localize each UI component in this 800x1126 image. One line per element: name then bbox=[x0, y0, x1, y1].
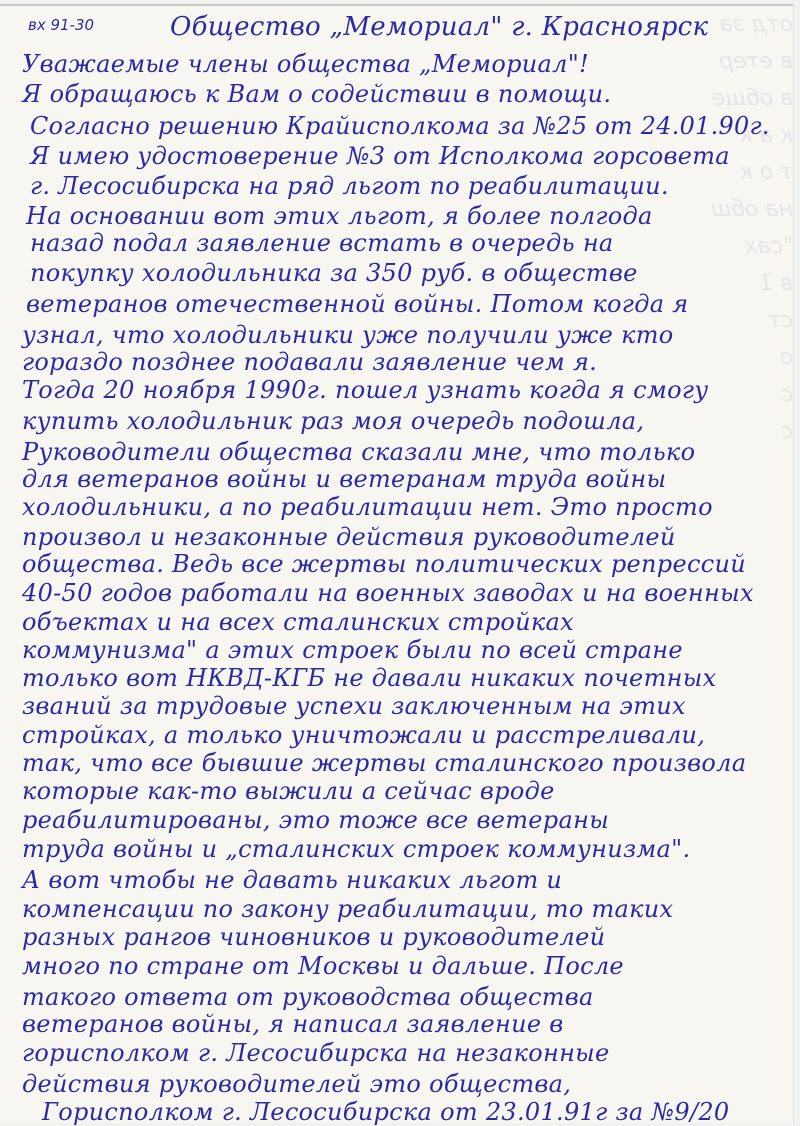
letter-line: много по стране от Москвы и дальше. Посл… bbox=[22, 952, 624, 980]
letter-line: ветеранов отечественной войны. Потом ког… bbox=[26, 290, 688, 318]
letter-line: разных рангов чиновников и руководителей bbox=[22, 923, 605, 951]
letter-line: А вот чтобы не давать никаких льгот и bbox=[22, 866, 562, 894]
letter-line: холодильники, а по реабилитации нет. Это… bbox=[22, 493, 713, 521]
letter-line: гораздо позднее подавали заявление чем я… bbox=[22, 348, 597, 376]
letter-line: которые как-то выжили а сейчас вроде bbox=[22, 777, 555, 805]
letter-line: назад подал заявление встать в очередь н… bbox=[30, 229, 614, 257]
letter-line: такого ответа от руководства общества bbox=[22, 983, 594, 1011]
letter-line: общества. Ведь все жертвы политических р… bbox=[22, 550, 746, 578]
letter-line: купить холодильник раз моя очередь подош… bbox=[22, 407, 644, 435]
letter-line: узнал, что холодильники уже получили уже… bbox=[22, 321, 674, 349]
letter-line: Руководители общества сказали мне, что т… bbox=[22, 438, 695, 466]
letter-line: Я имею удостоверение №3 от Исполкома гор… bbox=[30, 142, 730, 170]
letter-line: горисполком г. Лесосибирска на незаконны… bbox=[22, 1039, 610, 1067]
letter-line: так, что все бывшие жертвы сталинского п… bbox=[22, 749, 746, 777]
margin-note: вх 91-30 bbox=[28, 16, 94, 34]
letter-line: Согласно решению Крайисполкома за №25 от… bbox=[30, 112, 770, 140]
letter-line: действия руководителей это общества, bbox=[22, 1070, 571, 1098]
letter-line: покупку холодильника за 350 руб. в общес… bbox=[30, 259, 638, 287]
letter-line: Горисполком г. Лесосибирска от 23.01.91г… bbox=[42, 1098, 730, 1121]
letter-line: труда войны и „сталинских строек коммуни… bbox=[22, 835, 690, 863]
letter-line: Тогда 20 ноября 1990г. пошел узнать когд… bbox=[22, 376, 709, 404]
letter-line: для ветеранов войны и ветеранам труда во… bbox=[22, 465, 666, 493]
letter-line: стройках, а только уничтожали и расстрел… bbox=[22, 721, 705, 749]
letter-line: 40-50 годов работали на военных заводах … bbox=[22, 579, 754, 607]
letter-line: объектах и на всех сталинских стройках bbox=[22, 608, 574, 636]
letter-line: ветеранов войны, я написал заявление в bbox=[22, 1010, 564, 1038]
letter-line: компенсации по закону реабилитации, то т… bbox=[22, 895, 673, 923]
letter-line: только вот НКВД-КГБ не давали никаких по… bbox=[22, 664, 716, 692]
letter-header: Общество „Мемориал" г. Красноярск bbox=[170, 12, 708, 42]
letter-line: реабилитированы, это тоже все ветераны bbox=[22, 806, 609, 834]
letter-line: На основании вот этих льгот, я более пол… bbox=[26, 202, 653, 230]
letter-line: г. Лесосибирска на ряд льгот по реабилит… bbox=[30, 172, 669, 200]
letter-line: произвол и незаконные действия руководит… bbox=[22, 523, 676, 551]
letter-line: Уважаемые члены общества „Мемориал"! bbox=[22, 50, 589, 78]
letter-line: званий за трудовые успехи заключенным на… bbox=[22, 692, 686, 720]
letter-line: коммунизма" а этих строек были по всей с… bbox=[22, 636, 683, 664]
letter-line: Я обращаюсь к Вам о содействии в помощи. bbox=[22, 80, 611, 108]
